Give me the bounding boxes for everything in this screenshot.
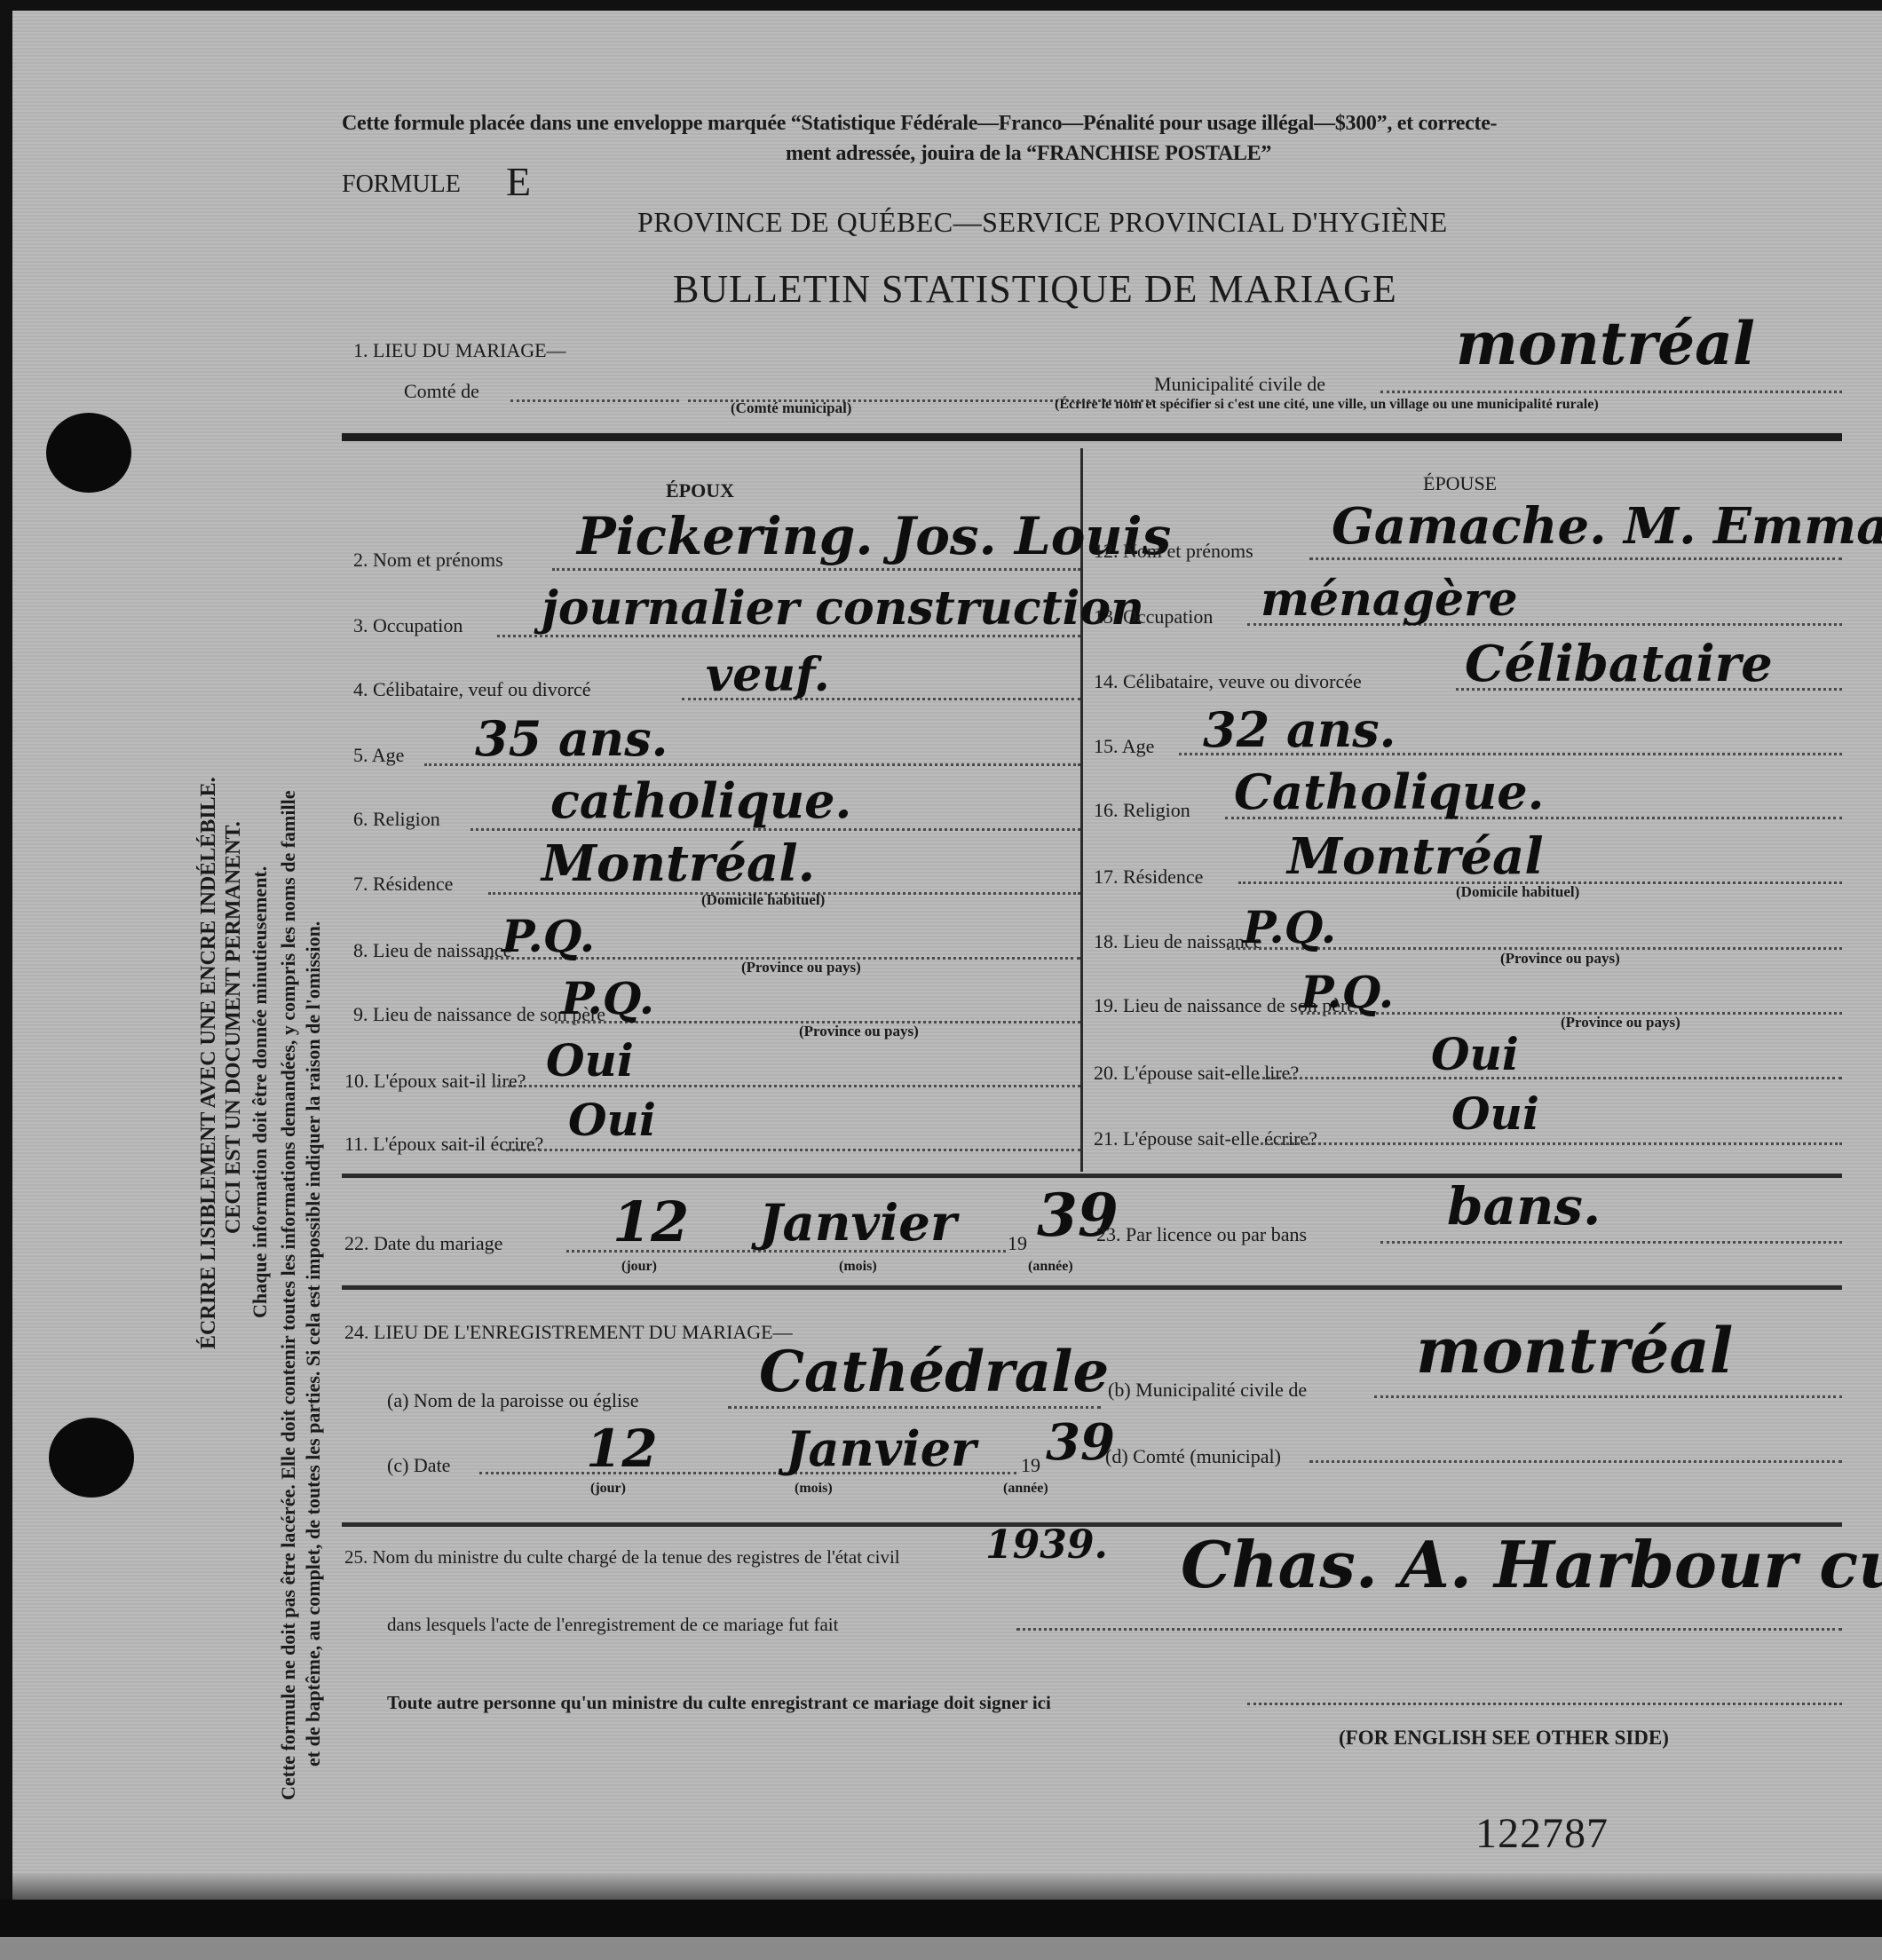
- groom-can-read-label: 10. L'époux sait-il lire?: [344, 1070, 526, 1093]
- county-hint: (Comté municipal): [731, 399, 851, 417]
- form-letter: E: [506, 158, 531, 205]
- marriage-year-hint: (année): [1028, 1259, 1073, 1275]
- marriage-date-label: 22. Date du mariage: [344, 1232, 502, 1255]
- registration-day: 12: [586, 1419, 658, 1479]
- groom-residence-hint: (Domicile habituel): [701, 891, 825, 909]
- registration-municipality-value: montréal: [1416, 1314, 1733, 1387]
- bride-religion-value: Catholique.: [1234, 763, 1544, 820]
- licence-label: 23. Par licence ou par bans: [1096, 1223, 1307, 1246]
- bride-residence-value: Montréal: [1287, 827, 1544, 886]
- postal-notice-line2: ment adressée, jouira de la “FRANCHISE P…: [786, 142, 1271, 166]
- section1-heading: 1. LIEU DU MARIAGE—: [353, 339, 566, 362]
- bride-name-label: 12. Nom et prénoms: [1094, 540, 1253, 563]
- groom-status-value: veuf.: [706, 648, 830, 702]
- bride-birthplace-label: 18. Lieu de naissance: [1094, 930, 1261, 953]
- bride-residence-label: 17. Résidence: [1094, 865, 1203, 889]
- bride-status-label: 14. Célibataire, veuve ou divorcée: [1094, 670, 1362, 693]
- sidebar-instruction-3: Chaque information doit être donnée minu…: [249, 866, 272, 1318]
- bride-can-read-value: Oui: [1431, 1028, 1519, 1080]
- registration-year-hint: (année): [1003, 1481, 1048, 1497]
- bride-heading: ÉPOUSE: [1423, 472, 1497, 495]
- form-label: FORMULE: [342, 170, 461, 199]
- parish-field[interactable]: [728, 1406, 1101, 1409]
- bride-occupation-label: 13. Occupation: [1094, 605, 1213, 628]
- groom-residence-value: Montréal.: [542, 834, 815, 893]
- bride-occupation-value: ménagère: [1261, 573, 1518, 627]
- bride-age-label: 15. Age: [1094, 735, 1154, 758]
- registration-date-label: (c) Date: [387, 1454, 450, 1477]
- english-note: (FOR ENGLISH SEE OTHER SIDE): [1339, 1727, 1669, 1750]
- registration-month-hint: (mois): [795, 1481, 833, 1497]
- bride-name-field[interactable]: [1309, 557, 1842, 560]
- groom-name-field[interactable]: [552, 568, 1080, 571]
- groom-name-value: Pickering. Jos. Louis: [577, 506, 1171, 566]
- marriage-day: 12: [613, 1189, 689, 1254]
- rule-after-date: [342, 1285, 1842, 1290]
- groom-heading: ÉPOUX: [666, 479, 734, 502]
- groom-birthplace-hint: (Province ou pays): [741, 959, 861, 976]
- licence-value: bans.: [1447, 1176, 1601, 1237]
- groom-status-label: 4. Célibataire, veuf ou divorcé: [353, 678, 591, 701]
- registration-year-prefix: 19: [1021, 1454, 1040, 1477]
- groom-father-birthplace-value: P.Q.: [561, 972, 654, 1024]
- groom-age-label: 5. Age: [353, 744, 404, 767]
- registration-county-label: (d) Comté (municipal): [1105, 1445, 1281, 1468]
- marriage-month-hint: (mois): [839, 1259, 877, 1275]
- registration-heading: 24. LIEU DE L'ENREGISTREMENT DU MARIAGE—: [344, 1321, 793, 1344]
- bride-status-value: Célibataire: [1465, 635, 1773, 693]
- county-field-line[interactable]: [510, 399, 679, 402]
- sidebar-instruction-4: Cette formule ne doit pas être lacérée. …: [277, 791, 300, 1801]
- municipality-hint: (Écrire le nom et spécifier si c'est une…: [1055, 397, 1599, 413]
- municipality-label: Municipalité civile de: [1154, 373, 1325, 396]
- groom-can-write-label: 11. L'époux sait-il écrire?: [344, 1133, 543, 1156]
- groom-name-label: 2. Nom et prénoms: [353, 549, 503, 572]
- minister-signature: Chas. A. Harbour curé: [1181, 1527, 1882, 1602]
- bride-name-value: Gamache. M. Emma Alice: [1332, 497, 1882, 556]
- groom-can-write-field[interactable]: [506, 1149, 1080, 1151]
- groom-residence-label: 7. Résidence: [353, 873, 453, 896]
- bride-can-write-value: Oui: [1451, 1087, 1539, 1140]
- scan-strip-bottom: [0, 1937, 1882, 1960]
- marriage-month: Janvier: [759, 1194, 956, 1253]
- bride-residence-hint: (Domicile habituel): [1456, 883, 1579, 901]
- sidebar-instruction-1: ÉCRIRE LISIBLEMENT AVEC UNE ENCRE INDÉLÉ…: [197, 777, 221, 1349]
- other-signer-label: Toute autre personne qu'un ministre du c…: [387, 1692, 1051, 1714]
- municipality-value: montréal: [1456, 309, 1755, 378]
- municipality-field-line[interactable]: [1380, 391, 1842, 393]
- bride-can-write-label: 21. L'épouse sait-elle écrire?: [1094, 1127, 1317, 1150]
- punch-hole-bottom: [49, 1418, 134, 1498]
- groom-can-read-value: Oui: [546, 1034, 634, 1087]
- registration-county-field[interactable]: [1309, 1460, 1842, 1463]
- postal-notice-line1: Cette formule placée dans une enveloppe …: [342, 112, 1497, 136]
- bride-can-write-field[interactable]: [1261, 1142, 1842, 1145]
- groom-religion-label: 6. Religion: [353, 808, 440, 831]
- agency-heading: PROVINCE DE QUÉBEC—SERVICE PROVINCIAL D'…: [637, 206, 1448, 239]
- rule-after-columns: [342, 1174, 1842, 1178]
- bride-father-birthplace-value: P.Q.: [1301, 966, 1394, 1018]
- paper-bottom-shadow: [12, 1873, 1882, 1900]
- bride-birthplace-value: P.Q.: [1243, 901, 1336, 953]
- minister-label-line1: 25. Nom du ministre du culte chargé de l…: [344, 1546, 900, 1569]
- registration-municipality-label: (b) Municipalité civile de: [1108, 1379, 1307, 1402]
- bride-can-read-field[interactable]: [1256, 1077, 1842, 1079]
- parish-label: (a) Nom de la paroisse ou église: [387, 1389, 638, 1412]
- groom-father-birthplace-hint: (Province ou pays): [799, 1023, 919, 1040]
- sidebar-instruction-2: CECI EST UN DOCUMENT PERMANENT.: [222, 821, 246, 1234]
- groom-birthplace-value: P.Q.: [502, 910, 595, 962]
- bride-can-read-label: 20. L'épouse sait-elle lire?: [1094, 1062, 1299, 1085]
- scan-border-top: [0, 0, 1882, 11]
- licence-field[interactable]: [1380, 1241, 1842, 1244]
- section-divider: [342, 433, 1842, 441]
- marriage-day-hint: (jour): [621, 1259, 657, 1275]
- bride-age-value: 32 ans.: [1203, 701, 1396, 758]
- groom-occupation-label: 3. Occupation: [353, 614, 463, 637]
- minister-label-line2: dans lesquels l'acte de l'enregistrement…: [387, 1614, 838, 1636]
- sidebar-instruction-5: et de baptême, au complet, de toutes les…: [302, 921, 325, 1766]
- marriage-year-prefix: 19: [1008, 1232, 1027, 1255]
- scan-border-bottom: [0, 1900, 1882, 1937]
- registration-month: Janvier: [786, 1420, 977, 1477]
- county-label: Comté de: [404, 380, 479, 403]
- punch-hole-top: [46, 413, 131, 493]
- bride-birthplace-hint: (Province ou pays): [1500, 950, 1620, 968]
- groom-occupation-value: journalier construction: [542, 581, 1144, 636]
- bride-father-birthplace-hint: (Province ou pays): [1561, 1014, 1680, 1031]
- registration-day-hint: (jour): [590, 1481, 626, 1497]
- other-signer-field[interactable]: [1247, 1703, 1842, 1705]
- groom-religion-value: catholique.: [550, 772, 851, 829]
- year-annotation: 1939.: [985, 1522, 1108, 1568]
- bride-religion-label: 16. Religion: [1094, 799, 1190, 822]
- serial-number: 122787: [1475, 1809, 1609, 1858]
- minister-field[interactable]: [1016, 1628, 1842, 1631]
- groom-can-write-value: Oui: [568, 1094, 656, 1146]
- parish-value: Cathédrale: [759, 1339, 1109, 1405]
- groom-age-value: 35 ans.: [475, 710, 668, 767]
- page-title: BULLETIN STATISTIQUE DE MARIAGE: [673, 266, 1397, 312]
- registration-municipality-field[interactable]: [1374, 1395, 1842, 1398]
